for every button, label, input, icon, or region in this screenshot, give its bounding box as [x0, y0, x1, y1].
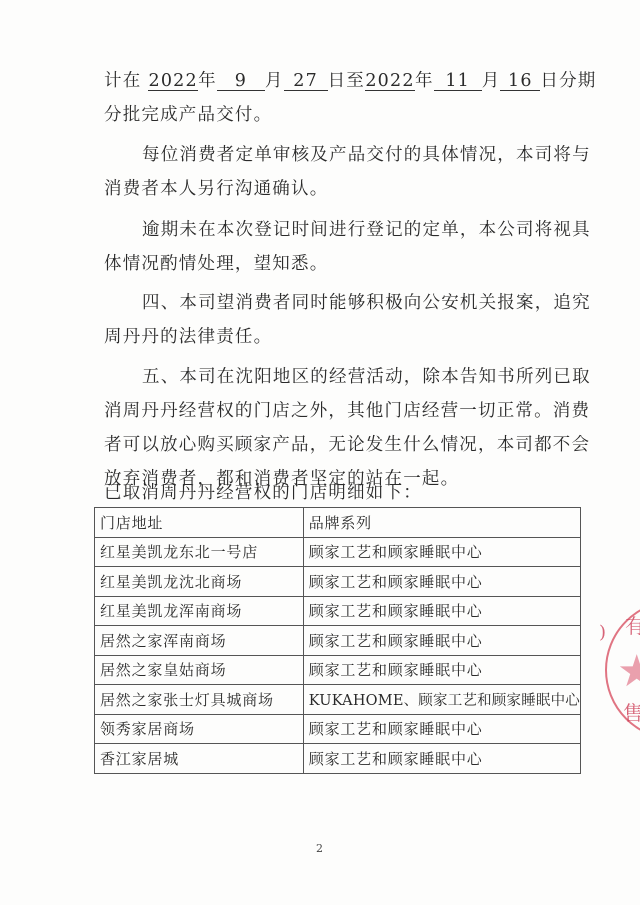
- store-address: 香江家居城: [95, 744, 304, 774]
- table-row: 红星美凯龙浑南商场 顾家工艺和顾家睡眠中心: [95, 596, 581, 626]
- brand-series: KUKAHOME、顾家工艺和顾家睡眠中心: [303, 685, 580, 715]
- section-four-line-2: 周丹丹的法律责任。: [104, 326, 272, 348]
- section-five-line-3: 者可以放心购买顾家产品，无论发生什么情况，本司都不会: [104, 434, 590, 456]
- brand-series: 顾家工艺和顾家睡眠中心: [303, 655, 580, 685]
- header-brand-series: 品牌系列: [303, 508, 580, 538]
- end-month: 11: [434, 72, 482, 91]
- confirm-paragraph-line-2: 消费者本人另行沟通确认。: [104, 178, 328, 200]
- seal-top-character: 有: [625, 610, 640, 639]
- delivery-date-line: 计在 2022年9月27日至2022年11月16日分期: [104, 70, 597, 92]
- table-row: 居然之家张士灯具城商场 KUKAHOME、顾家工艺和顾家睡眠中心: [95, 685, 581, 715]
- delivery-line-2: 分批完成产品交付。: [104, 104, 272, 126]
- overdue-paragraph-line-1: 逾期未在本次登记时间进行登记的定单，本公司将视具: [142, 219, 591, 241]
- start-year: 2022: [148, 72, 198, 91]
- end-day: 16: [500, 72, 540, 91]
- text-prefix: 计在: [104, 71, 141, 91]
- section-five-line-1: 五、本司在沈阳地区的经营活动，除本告知书所列已取: [142, 366, 591, 388]
- text-year: 年: [198, 71, 217, 91]
- text-day-to: 日至: [328, 71, 365, 91]
- brand-series: 顾家工艺和顾家睡眠中心: [303, 626, 580, 656]
- page-number: 2: [316, 842, 323, 855]
- text-month-2: 月: [482, 71, 501, 91]
- table-row: 领秀家居商场 顾家工艺和顾家睡眠中心: [95, 714, 581, 744]
- confirm-paragraph-line-1: 每位消费者定单审核及产品交付的具体情况，本司将与: [142, 144, 591, 166]
- brand-series: 顾家工艺和顾家睡眠中心: [303, 537, 580, 567]
- company-seal: ) 有 ★ 售: [605, 600, 640, 740]
- store-address: 居然之家皇姑商场: [95, 655, 304, 685]
- seal-bottom-character: 售: [623, 697, 640, 726]
- brand-series: 顾家工艺和顾家睡眠中心: [303, 744, 580, 774]
- section-four-line-1: 四、本司望消费者同时能够积极向公安机关报案，追究: [142, 292, 591, 314]
- document-page: 计在 2022年9月27日至2022年11月16日分期 分批完成产品交付。 每位…: [0, 0, 640, 905]
- table-row: 香江家居城 顾家工艺和顾家睡眠中心: [95, 744, 581, 774]
- brand-series: 顾家工艺和顾家睡眠中心: [303, 714, 580, 744]
- store-address: 红星美凯龙东北一号店: [95, 537, 304, 567]
- section-five-line-2: 消周丹丹经营权的门店之外，其他门店经营一切正常。消费: [104, 400, 590, 422]
- table-row: 居然之家浑南商场 顾家工艺和顾家睡眠中心: [95, 626, 581, 656]
- start-day: 27: [284, 72, 328, 91]
- store-address: 领秀家居商场: [95, 714, 304, 744]
- table-row: 居然之家皇姑商场 顾家工艺和顾家睡眠中心: [95, 655, 581, 685]
- start-month: 9: [217, 72, 265, 91]
- brand-series: 顾家工艺和顾家睡眠中心: [303, 567, 580, 597]
- text-month: 月: [265, 71, 284, 91]
- store-address: 居然之家张士灯具城商场: [95, 685, 304, 715]
- brand-series: 顾家工艺和顾家睡眠中心: [303, 596, 580, 626]
- cancelled-stores-table: 门店地址 品牌系列 红星美凯龙东北一号店 顾家工艺和顾家睡眠中心 红星美凯龙沈北…: [94, 507, 581, 774]
- seal-arc-mark: ): [599, 622, 606, 643]
- overdue-paragraph-line-2: 体情况酌情处理，望知悉。: [104, 253, 328, 275]
- text-year-2: 年: [415, 71, 434, 91]
- table-row: 红星美凯龙沈北商场 顾家工艺和顾家睡眠中心: [95, 567, 581, 597]
- end-year: 2022: [365, 72, 415, 91]
- store-address: 红星美凯龙沈北商场: [95, 567, 304, 597]
- table-intro: 已取消周丹丹经营权的门店明细如下：: [104, 482, 422, 504]
- table-header-row: 门店地址 品牌系列: [95, 508, 581, 538]
- store-address: 红星美凯龙浑南商场: [95, 596, 304, 626]
- star-icon: ★: [617, 646, 640, 697]
- text-suffix: 日分期: [540, 71, 596, 91]
- table-row: 红星美凯龙东北一号店 顾家工艺和顾家睡眠中心: [95, 537, 581, 567]
- header-store-address: 门店地址: [95, 508, 304, 538]
- store-address: 居然之家浑南商场: [95, 626, 304, 656]
